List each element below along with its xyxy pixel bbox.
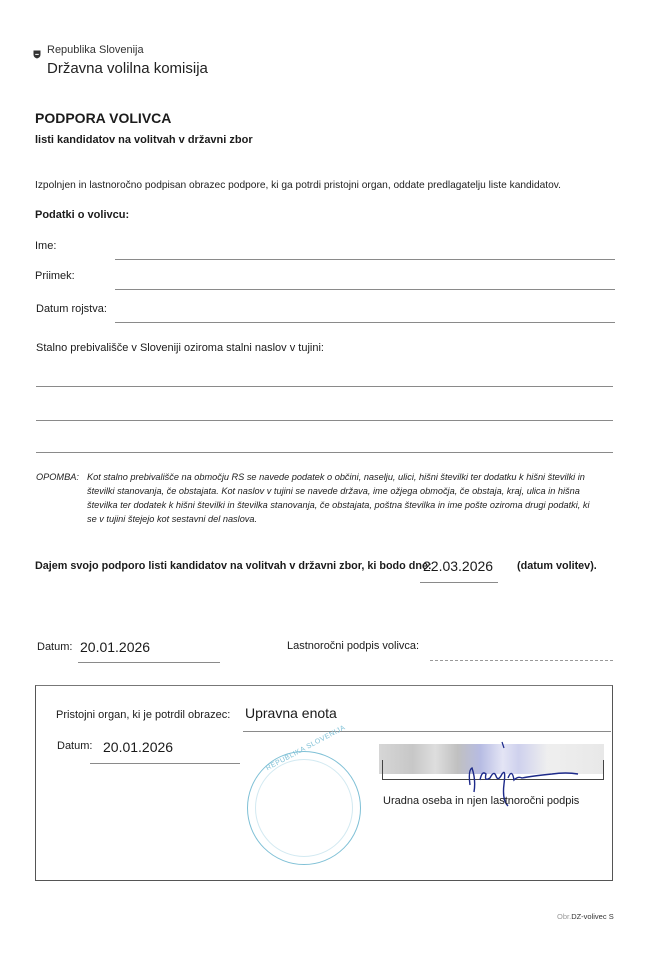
form-code-value: DZ-volivec S	[571, 912, 614, 921]
birth-date-label: Datum rojstva:	[36, 303, 107, 315]
country-name: Republika Slovenija	[47, 44, 144, 56]
form-code-prefix: Obr.	[557, 912, 571, 921]
note-line: Kot stalno prebivališče na območju RS se…	[87, 470, 617, 484]
voter-date-field	[78, 662, 220, 663]
election-date-value[interactable]: 22.03.2026	[423, 558, 493, 574]
first-name-label: Ime:	[35, 240, 56, 252]
note-text: Kot stalno prebivališče na območju RS se…	[87, 470, 617, 526]
address-line-1[interactable]	[36, 386, 613, 387]
form-subtitle: listi kandidatov na volitvah v državni z…	[35, 134, 253, 146]
organ-field	[243, 731, 611, 732]
voter-signature-label: Lastnoročni podpis volivca:	[287, 640, 419, 652]
note-line: se v tujini štejejo kot sestavni del nas…	[87, 512, 617, 526]
official-signature-label: Uradna oseba in njen lastnoročni podpis	[383, 795, 579, 807]
support-statement: Dajem svojo podporo listi kandidatov na …	[35, 560, 432, 572]
stamp-inner-ring	[255, 759, 353, 857]
institution-name: Državna volilna komisija	[47, 60, 208, 77]
address-label: Stalno prebivališče v Sloveniji oziroma …	[36, 342, 324, 354]
voter-date-label: Datum:	[37, 641, 72, 653]
note-label: OPOMBA:	[36, 470, 79, 484]
authority-date-label: Datum:	[57, 740, 92, 752]
form-code: Obr.DZ-volivec S	[557, 912, 614, 921]
last-name-label: Priimek:	[35, 270, 75, 282]
election-date-field	[420, 582, 498, 583]
authority-date-value[interactable]: 20.01.2026	[103, 739, 173, 755]
voter-date-value[interactable]: 20.01.2026	[80, 639, 150, 655]
election-date-suffix: (datum volitev).	[517, 560, 597, 572]
voter-signature-field[interactable]	[430, 660, 613, 661]
form-title: PODPORA VOLIVCA	[35, 110, 171, 126]
organ-value[interactable]: Upravna enota	[245, 705, 337, 721]
birth-date-field[interactable]	[115, 322, 615, 323]
note-line: številka ter dodatek k hišni številki in…	[87, 498, 617, 512]
coat-of-arms-icon	[33, 46, 41, 55]
official-stamp: REPUBLIKA SLOVENIJA	[247, 751, 361, 865]
intro-text: Izpolnjen in lastnoročno podpisan obraze…	[35, 180, 561, 191]
voter-section-title: Podatki o volivcu:	[35, 209, 129, 221]
authority-date-field	[90, 763, 240, 764]
address-line-3[interactable]	[36, 452, 613, 453]
organ-label: Pristojni organ, ki je potrdil obrazec:	[56, 709, 230, 721]
first-name-field[interactable]	[115, 259, 615, 260]
note-line: številki stanovanja, če obstajata. Kot n…	[87, 484, 617, 498]
last-name-field[interactable]	[115, 289, 615, 290]
address-line-2[interactable]	[36, 420, 613, 421]
